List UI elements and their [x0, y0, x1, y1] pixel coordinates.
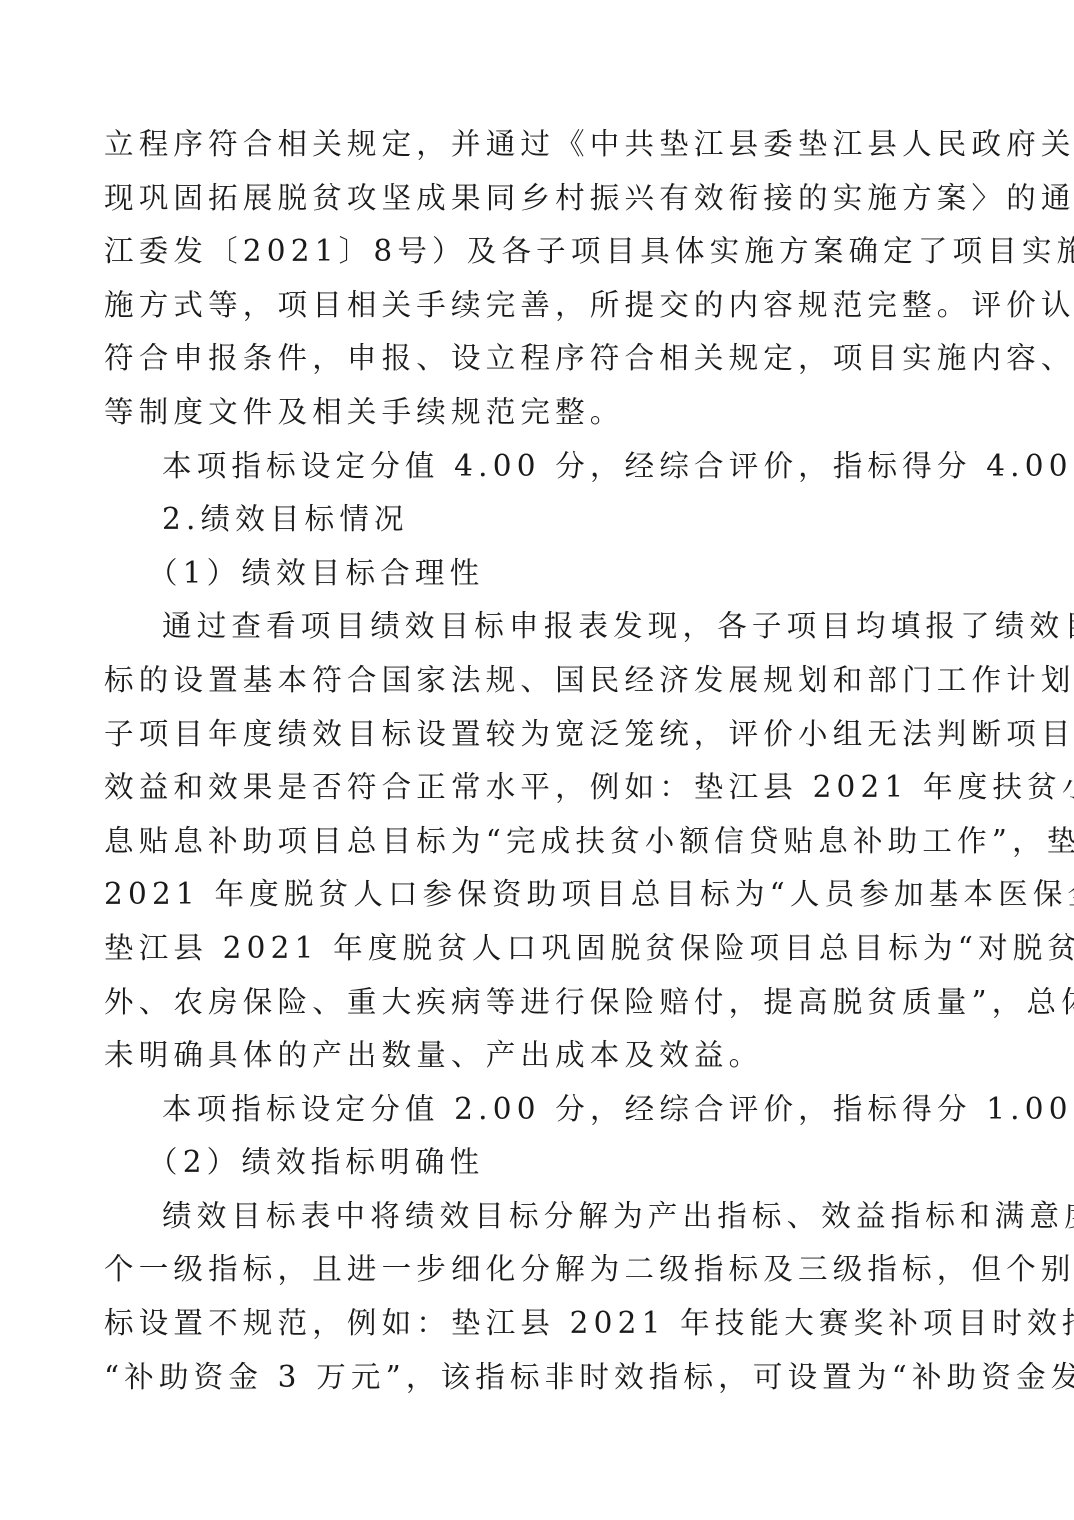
text-line: 符合申报条件，申报、设立程序符合相关规定，项目实施内容、实施方式 [104, 338, 960, 392]
text-line: “补助资金 3 万元”，该指标非时效指标，可设置为“补助资金发放及时 [104, 1357, 960, 1411]
text-line: 标设置不规范，例如：垫江县 2021 年技能大赛奖补项目时效指标设置为 [104, 1303, 960, 1357]
section-heading: 2.绩效目标情况 [104, 499, 960, 553]
text-line: 2021 年度脱贫人口参保资助项目总目标为“人员参加基本医保全覆盖”， [104, 874, 960, 928]
text-line: 立程序符合相关规定，并通过《中共垫江县委垫江县人民政府关于印发〈实 [104, 124, 960, 178]
text-line: 通过查看项目绩效目标申报表发现，各子项目均填报了绩效目标，目 [104, 606, 960, 660]
text-line: 子项目年度绩效目标设置较为宽泛笼统，评价小组无法判断项目预期产出 [104, 714, 960, 768]
text-line: 效益和效果是否符合正常水平，例如：垫江县 2021 年度扶贫小额信贷利 [104, 767, 960, 821]
document-page: 立程序符合相关规定，并通过《中共垫江县委垫江县人民政府关于印发〈实 现巩固拓展脱… [104, 124, 960, 1410]
text-line: 江委发〔2021〕8号）及各子项目具体实施方案确定了项目实施内容、实 [104, 231, 960, 285]
text-line: 等制度文件及相关手续规范完整。 [104, 392, 960, 446]
text-line: 现巩固拓展脱贫攻坚成果同乡村振兴有效衔接的实施方案〉的通知》（垫 [104, 178, 960, 232]
text-line: 施方式等，项目相关手续完善，所提交的内容规范完整。评价认为，项目 [104, 285, 960, 339]
score-statement: 本项指标设定分值 2.00 分，经综合评价，指标得分 1.00 分。 [104, 1089, 960, 1143]
text-line: 外、农房保险、重大疾病等进行保险赔付，提高脱贫质量”，总体目标中 [104, 982, 960, 1036]
text-line: 未明确具体的产出数量、产出成本及效益。 [104, 1035, 960, 1089]
subsection-heading: （2）绩效指标明确性 [104, 1142, 960, 1196]
text-line: 绩效目标表中将绩效目标分解为产出指标、效益指标和满意度指标 3 [104, 1196, 960, 1250]
text-line: 个一级指标，且进一步细化分解为二级指标及三级指标，但个别子项目指 [104, 1249, 960, 1303]
subsection-heading: （1）绩效目标合理性 [104, 553, 960, 607]
score-statement: 本项指标设定分值 4.00 分，经综合评价，指标得分 4.00 分。 [104, 446, 960, 500]
text-line: 垫江县 2021 年度脱贫人口巩固脱贫保险项目总目标为“对脱贫户发生意 [104, 928, 960, 982]
text-line: 标的设置基本符合国家法规、国民经济发展规划和部门工作计划。但个别 [104, 660, 960, 714]
text-line: 息贴息补助项目总目标为“完成扶贫小额信贷贴息补助工作”，垫江县 [104, 821, 960, 875]
